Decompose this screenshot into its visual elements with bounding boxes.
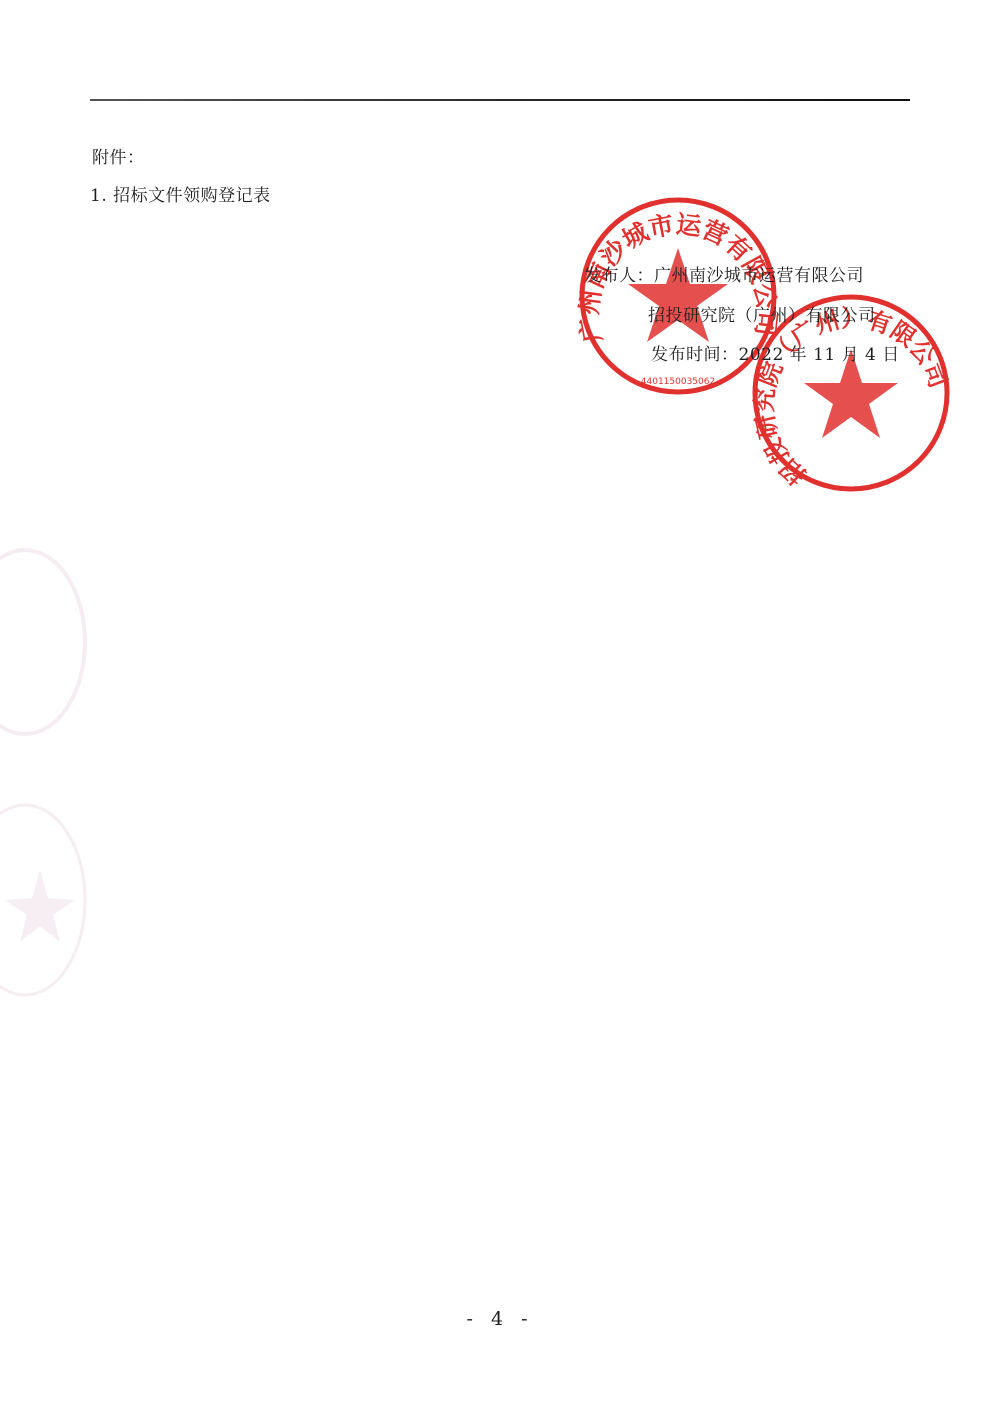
attachment-label: 附件：	[92, 147, 145, 169]
publisher-line: 发布人：广州南沙城市运营有限公司	[584, 265, 864, 287]
publish-date-line: 发布时间：2022 年 11 月 4 日	[651, 344, 900, 366]
co-publisher-line: 招投研究院（广州）有限公司	[648, 305, 876, 327]
page-number: - 4 -	[0, 1308, 1000, 1330]
attachment-item: 1. 招标文件领购登记表	[90, 185, 271, 207]
